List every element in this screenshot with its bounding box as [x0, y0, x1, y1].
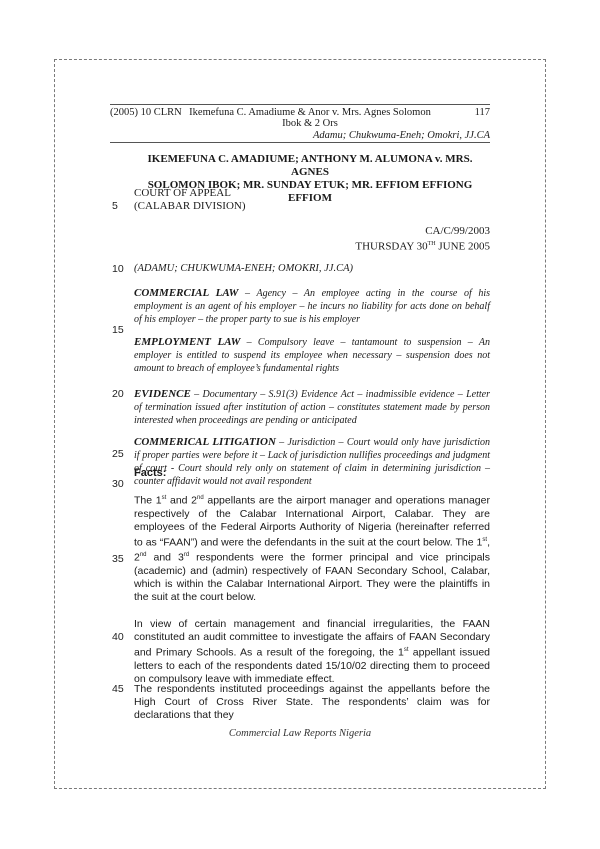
coram: (ADAMU; CHUKWUMA-ENEH; OMOKRI, JJ.CA): [134, 263, 353, 274]
line-number: 45: [112, 683, 124, 695]
court-name: COURT OF APPEAL: [134, 187, 246, 200]
court-block: COURT OF APPEAL (CALABAR DIVISION): [134, 187, 246, 213]
header-judges: Adamu; Chukwuma-Eneh; Omokri, JJ.CA: [313, 130, 490, 141]
line-number: 5: [112, 200, 118, 212]
line-number: 20: [112, 388, 124, 400]
suit-number: CA/C/99/2003: [355, 225, 490, 238]
line-number: 40: [112, 631, 124, 643]
line-number: 30: [112, 478, 124, 490]
running-header: (2005) 10 CLRN Ikemefuna C. Amadiume & A…: [110, 104, 490, 143]
case-title: Ikemefuna C. Amadiume & Anor v. Mrs. Agn…: [186, 107, 434, 129]
catchword-commercial-litigation: COMMERICAL LITIGATION – Jurisdiction – C…: [134, 436, 490, 488]
line-number: 25: [112, 448, 124, 460]
judgment-date: THURSDAY 30TH JUNE 2005: [355, 238, 490, 254]
facts-paragraph: The 1st and 2nd appellants are the airpo…: [134, 492, 490, 604]
catchword-commercial-law: COMMERCIAL LAW – Agency – An employee ac…: [134, 287, 490, 326]
catchword-evidence: EVIDENCE – Documentary – S.91(3) Evidenc…: [134, 388, 490, 427]
court-division: (CALABAR DIVISION): [134, 200, 246, 213]
publication-footer: Commercial Law Reports Nigeria: [0, 728, 600, 739]
facts-paragraph: In view of certain management and financ…: [134, 618, 490, 686]
line-number: 15: [112, 324, 124, 336]
facts-heading: Facts:: [134, 467, 166, 479]
catchword-employment-law: EMPLOYMENT LAW – Compulsory leave – tant…: [134, 336, 490, 375]
page-number: 117: [475, 107, 490, 118]
citation: (2005) 10 CLRN: [110, 107, 182, 118]
line-number: 35: [112, 553, 124, 565]
facts-paragraph: The respondents instituted proceedings a…: [134, 683, 490, 722]
suit-block: CA/C/99/2003 THURSDAY 30TH JUNE 2005: [355, 225, 490, 254]
line-number: 10: [112, 263, 124, 275]
parties-line: IKEMEFUNA C. AMADIUME; ANTHONY M. ALUMON…: [130, 153, 490, 179]
